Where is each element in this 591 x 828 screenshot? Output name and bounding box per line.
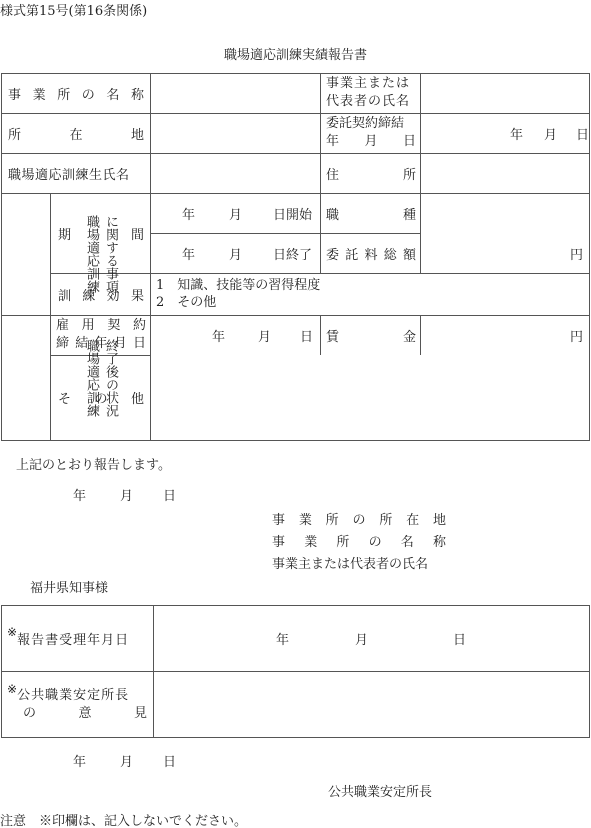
label-char: 月 <box>114 335 127 353</box>
label-char: 委 <box>326 244 339 263</box>
year-unit: 年 <box>73 751 86 770</box>
asterisk-mark-icon: ※ <box>7 682 17 696</box>
label-period: 期 間 <box>58 193 144 273</box>
label-char: 種 <box>403 204 416 223</box>
job-type-field[interactable] <box>422 194 588 232</box>
employer-name-field[interactable] <box>422 74 588 112</box>
month-unit: 月 <box>120 751 133 770</box>
label-char: 結 <box>75 335 88 353</box>
asterisk-mark-icon: ※ <box>7 625 17 639</box>
label-char: 業 <box>304 531 317 550</box>
label-office-location: 所 在 地 <box>8 113 144 153</box>
label-char: 用 <box>82 317 95 335</box>
label-job-type: 職 種 <box>326 193 416 233</box>
page-title: 職場適応訓練実績報告書 <box>0 44 591 63</box>
label-line: 年 月 日 <box>326 133 416 151</box>
employment-contract-date-field[interactable]: 年 月 日 <box>152 316 319 354</box>
day-unit: 日 <box>453 629 466 648</box>
effect-option-other: 2 その他 <box>156 294 216 311</box>
period-start-field[interactable]: 年 月 日開始 <box>152 194 319 232</box>
month-unit: 月 <box>355 629 368 648</box>
label-char: 地 <box>131 124 144 143</box>
other-field[interactable] <box>152 356 588 439</box>
label-employer-name: 事業主または 代表者の氏名 <box>326 73 418 113</box>
month-unit: 月 <box>544 124 557 143</box>
address-field[interactable] <box>422 154 588 192</box>
label-contract-date: 委託契約締結 年 月 日 <box>326 113 416 153</box>
applicant-office-location: 事 業 所 の 所 在 地 <box>272 509 446 528</box>
label-char: 所 <box>403 164 416 183</box>
label-line: の 意 見 <box>7 705 147 723</box>
label-wage: 賃 金 <box>326 315 416 355</box>
label-char: 名 <box>401 531 414 550</box>
trainee-name-field[interactable] <box>152 154 319 192</box>
label-char: そ <box>58 388 71 407</box>
label-trainee-name: 職場適応訓練生氏名 <box>8 153 148 193</box>
label-char: 日 <box>403 133 416 151</box>
label-char: 約 <box>133 317 146 335</box>
label-char: 事 <box>272 531 285 550</box>
label-char: 他 <box>131 388 144 407</box>
applicant-employer-name: 事業主または代表者の氏名 <box>272 553 428 572</box>
label-address: 住 所 <box>326 153 416 193</box>
label-char: 果 <box>131 285 144 304</box>
label-char: 所 <box>8 124 21 143</box>
year-unit: 年 <box>182 204 195 223</box>
label-line: 締 結 年 月 日 <box>56 335 146 353</box>
label-char: の <box>23 705 36 723</box>
label-line: ※公共職業安定所長 <box>7 686 147 705</box>
label-char: 年 <box>94 335 107 353</box>
label-char: 見 <box>134 705 147 723</box>
year-unit: 年 <box>73 485 86 504</box>
label-char: 金 <box>403 326 416 345</box>
label-char: 所 <box>379 509 392 528</box>
label-char: 所 <box>326 509 339 528</box>
declaration-text: 上記のとおり報告します。 <box>16 454 171 473</box>
footer-note: 注意 ※印欄は、記入しないでください。 <box>0 810 247 828</box>
period-end-field[interactable]: 年 月 日終了 <box>152 234 319 272</box>
label-char: 訓 <box>58 285 71 304</box>
label-char: 在 <box>406 509 419 528</box>
label-char: の <box>352 509 365 528</box>
total-fee-field[interactable]: 円 <box>422 234 583 272</box>
year-unit: 年 <box>212 326 225 345</box>
label-char: 在 <box>69 124 82 143</box>
yen-unit: 円 <box>570 326 583 345</box>
label-char: 託 <box>345 244 358 263</box>
month-unit: 月 <box>258 326 271 345</box>
label-char: 契 <box>107 317 120 335</box>
director-opinion-field[interactable] <box>155 672 588 736</box>
label-line: 雇 用 契 約 <box>56 317 146 335</box>
label-char: の <box>94 388 107 407</box>
label-char: 料 <box>364 244 377 263</box>
yen-unit: 円 <box>570 244 583 263</box>
label-char: の <box>369 531 382 550</box>
label-char: 賃 <box>326 326 339 345</box>
label-office-name: 事 業 所 の 名 称 <box>8 73 144 113</box>
day-unit: 日 <box>163 485 176 504</box>
label-char: 月 <box>364 133 377 151</box>
label-char: 期 <box>58 224 71 243</box>
label-char: 住 <box>326 164 339 183</box>
addressee: 福井県知事様 <box>30 577 108 596</box>
section-post-training-label: 終了後の状況 職場適応訓練 <box>3 315 49 440</box>
label-employment-contract-date: 雇 用 契 約 締 結 年 月 日 <box>56 315 146 355</box>
label-char: 練 <box>82 285 95 304</box>
label-director-opinion: ※公共職業安定所長 の 意 見 <box>7 671 147 737</box>
label-char: 年 <box>326 133 339 151</box>
label-char: 事 <box>8 84 21 103</box>
label-line: 委託契約締結 <box>326 115 416 133</box>
label-char: 日 <box>133 335 146 353</box>
effect-option-skills: 1 知識、技能等の習得程度 <box>156 277 320 294</box>
label-char: の <box>82 84 95 103</box>
training-effect-field[interactable]: 1 知識、技能等の習得程度 2 その他 <box>156 274 586 314</box>
label-receipt-date: ※ 報告書受理年月日 <box>7 605 151 671</box>
year-unit: 年 <box>182 244 195 263</box>
month-unit: 月 <box>120 485 133 504</box>
label-other: そ の 他 <box>58 355 144 440</box>
label-total-fee: 委 託 料 総 額 <box>326 233 416 273</box>
day-end-unit: 日終了 <box>273 244 312 263</box>
office-name-field[interactable] <box>152 74 319 112</box>
label-char: 締 <box>56 335 69 353</box>
label-char: 名 <box>106 84 119 103</box>
form-number: 様式第15号(第16条関係) <box>0 0 147 19</box>
label-training-effect: 訓 練 効 果 <box>58 273 144 315</box>
label-char: 効 <box>107 285 120 304</box>
day-unit: 日 <box>300 326 313 345</box>
label-text: 報告書受理年月日 <box>17 629 129 648</box>
label-char: 地 <box>433 509 446 528</box>
wage-field[interactable]: 円 <box>422 316 583 354</box>
office-location-field[interactable] <box>152 114 319 152</box>
applicant-office-name: 事 業 所 の 名 称 <box>272 531 446 550</box>
month-unit: 月 <box>229 244 242 263</box>
label-char: 所 <box>336 531 349 550</box>
label-char: 称 <box>131 84 144 103</box>
day-unit: 日 <box>576 124 589 143</box>
label-char: 業 <box>299 509 312 528</box>
section-training-matters-label: に関する事項 職場適応訓練 <box>3 193 49 315</box>
label-char: 間 <box>131 224 144 243</box>
contract-date-field[interactable]: 年 月 日 <box>422 114 588 152</box>
signer-title: 公共職業安定所長 <box>328 781 432 800</box>
label-line: 代表者の氏名 <box>326 93 410 111</box>
label-line: 事業主または <box>326 75 410 93</box>
label-char: 事 <box>272 509 285 528</box>
label-char: 所 <box>57 84 70 103</box>
label-char: 雇 <box>56 317 69 335</box>
year-unit: 年 <box>276 629 289 648</box>
label-char: 称 <box>433 531 446 550</box>
label-char: 職 <box>326 204 339 223</box>
label-char: 意 <box>78 705 91 723</box>
day-start-unit: 日開始 <box>273 204 312 223</box>
label-text: 公共職業安定所長 <box>17 688 129 703</box>
day-unit: 日 <box>163 751 176 770</box>
receipt-date-field[interactable]: 年 月 日 <box>155 606 588 670</box>
year-unit: 年 <box>510 124 523 143</box>
label-char: 業 <box>33 84 46 103</box>
label-char: 額 <box>403 244 416 263</box>
month-unit: 月 <box>229 204 242 223</box>
label-char: 総 <box>384 244 397 263</box>
